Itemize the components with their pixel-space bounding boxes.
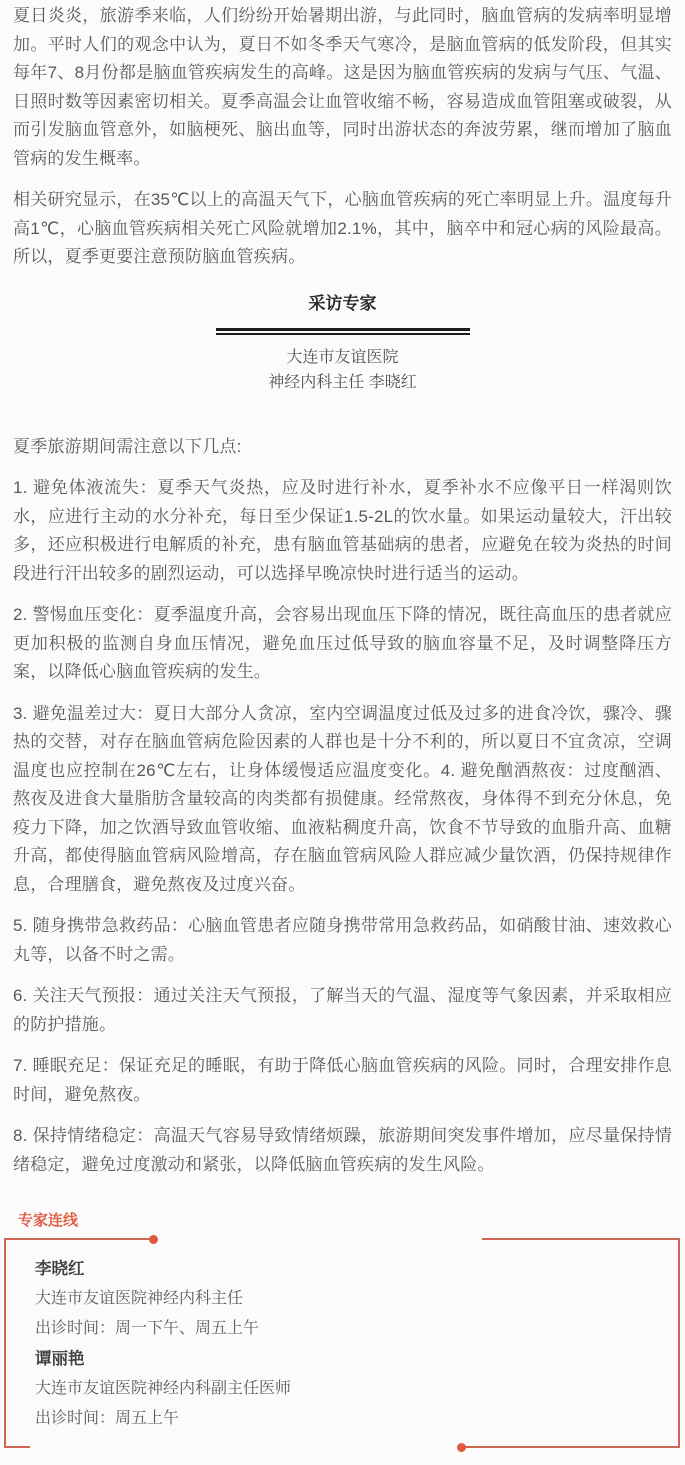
expert-name: 谭丽艳 <box>35 1344 650 1374</box>
box-accent-dot-bottom <box>457 1443 466 1452</box>
interview-hospital: 大连市友谊医院 <box>13 345 672 370</box>
note-item-8: 8. 保持情绪稳定：高温天气容易导致情绪烦躁，旅游期间突发事件增加，应尽量保持情… <box>13 1122 672 1179</box>
expert-contact-box: 李晓红 大连市友谊医院神经内科主任 出诊时间：周一下午、周五上午 谭丽艳 大连市… <box>4 1238 680 1448</box>
expert-line-heading: 专家连线 <box>0 1192 685 1234</box>
note-item-2: 2. 警惕血压变化：夏季温度升高，会容易出现血压下降的情况，既往高血压的患者就应… <box>13 601 672 687</box>
box-border-top-left <box>4 1238 152 1240</box>
notes-intro: 夏季旅游期间需注意以下几点: <box>13 433 672 462</box>
expert-entry: 谭丽艳 大连市友谊医院神经内科副主任医师 出诊时间：周五上午 <box>35 1344 650 1434</box>
expert-title: 大连市友谊医院神经内科副主任医师 <box>35 1374 650 1404</box>
expert-schedule: 出诊时间：周五上午 <box>35 1404 650 1434</box>
expert-schedule: 出诊时间：周一下午、周五上午 <box>35 1314 650 1344</box>
note-item-1: 1. 避免体液流失：夏季天气炎热，应及时进行补水，夏季补水不应像平日一样渴则饮水… <box>13 474 672 588</box>
interview-divider <box>216 328 470 335</box>
interview-expert: 神经内科主任 李晓红 <box>13 370 672 395</box>
intro-paragraph-1: 夏日炎炎，旅游季来临，人们纷纷开始暑期出游，与此同时，脑血管病的发病率明显增加。… <box>13 2 672 173</box>
box-accent-dot-top <box>149 1235 158 1244</box>
note-item-6: 6. 关注天气预报：通过关注天气预报，了解当天的气温、湿度等气象因素，并采取相应… <box>13 982 672 1039</box>
box-border-bottom-right <box>464 1446 680 1448</box>
note-item-3-4: 3. 避免温差过大：夏日大部分人贪凉，室内空调温度过低及过多的进食冷饮，骤冷、骤… <box>13 700 672 900</box>
box-border-right <box>678 1238 680 1448</box>
note-item-5: 5. 随身携带急救药品：心脑血管患者应随身携带常用急救药品，如硝酸甘油、速效救心… <box>13 912 672 969</box>
bottom-spacer <box>0 1448 685 1458</box>
article-page: { "page": { "background_color": "#fbfbfb… <box>0 0 685 1465</box>
box-border-top-right <box>482 1238 680 1240</box>
box-border-left <box>4 1238 6 1448</box>
intro-paragraph-2: 相关研究显示，在35℃以上的高温天气下，心脑血管疾病的死亡率明显上升。温度每升高… <box>13 186 672 272</box>
interview-credits: 大连市友谊医院 神经内科主任 李晓红 <box>13 345 672 395</box>
interview-section-title: 采访专家 <box>13 290 672 318</box>
expert-entry: 李晓红 大连市友谊医院神经内科主任 出诊时间：周一下午、周五上午 <box>35 1254 650 1344</box>
note-item-7: 7. 睡眠充足：保证充足的睡眠，有助于降低心脑血管疾病的风险。同时，合理安排作息… <box>13 1052 672 1109</box>
article-body: 夏日炎炎，旅游季来临，人们纷纷开始暑期出游，与此同时，脑血管病的发病率明显增加。… <box>0 0 685 1179</box>
expert-title: 大连市友谊医院神经内科主任 <box>35 1284 650 1314</box>
expert-name: 李晓红 <box>35 1254 650 1284</box>
box-border-bottom-left <box>4 1446 30 1448</box>
